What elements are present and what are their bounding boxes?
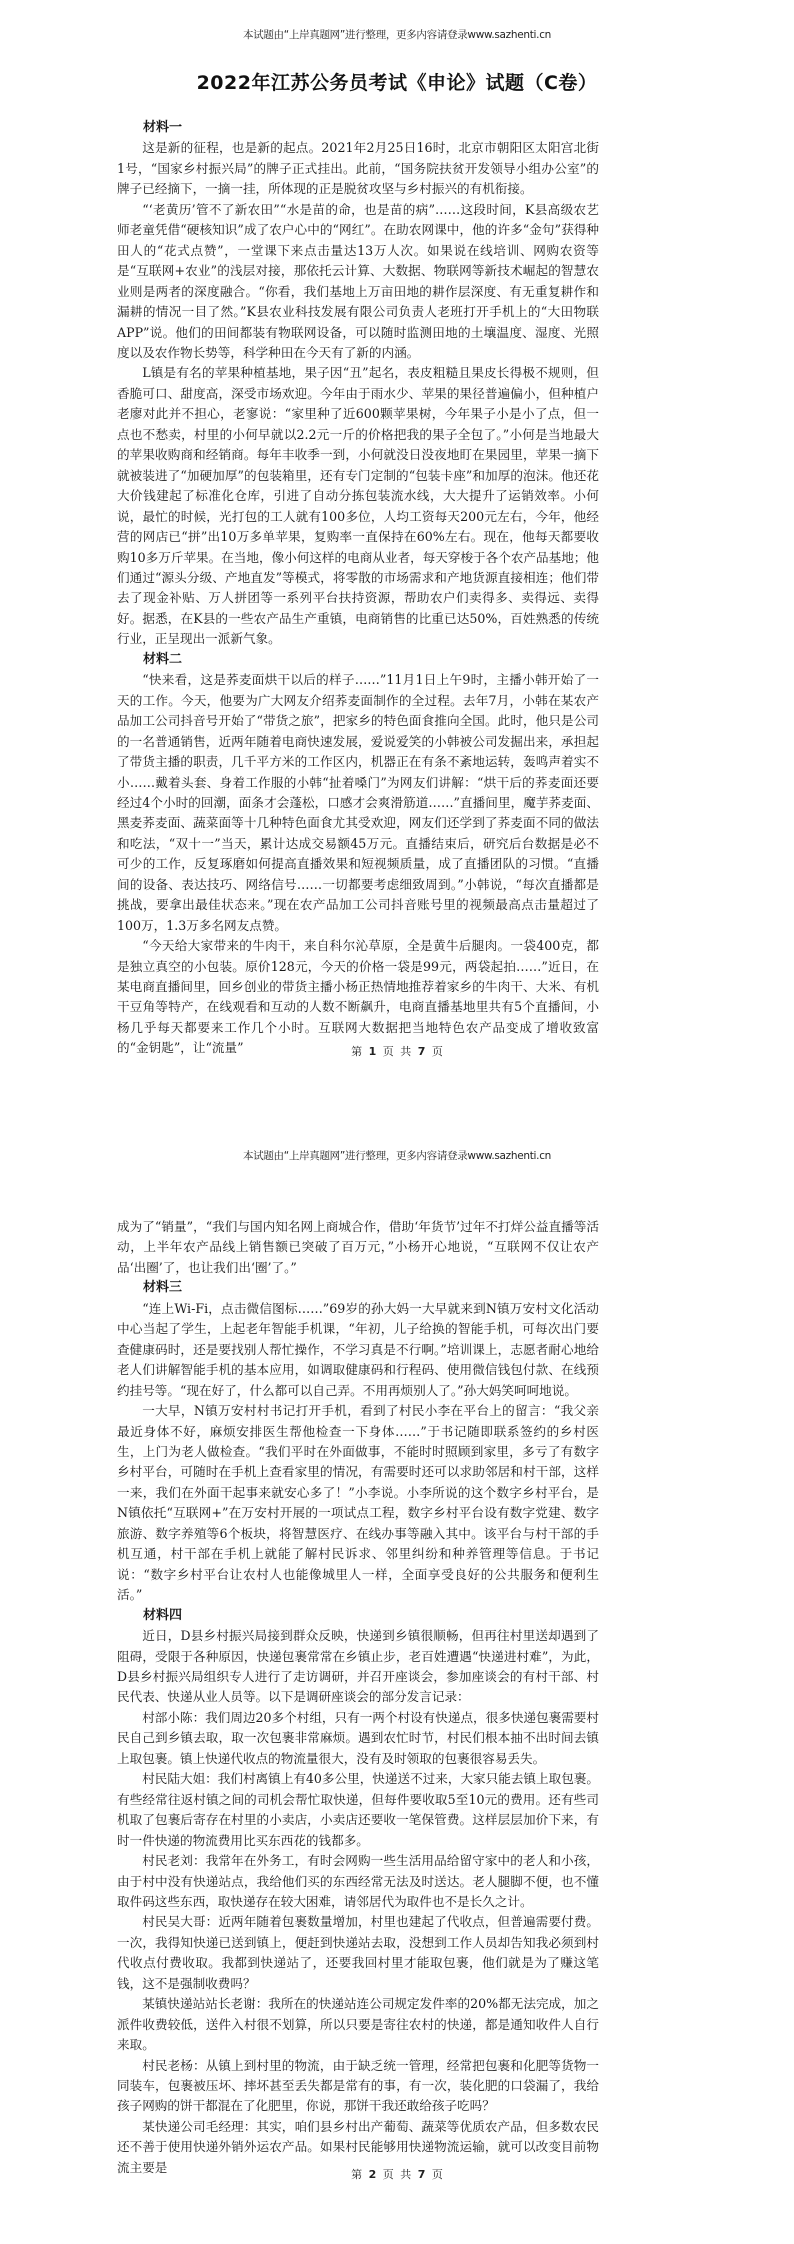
- page-footer: 第 2 页 共 7 页: [0, 2166, 794, 2182]
- paragraph: 这是新的征程，也是新的起点。2021年2月25日16时，北京市朝阳区太阳宫北街1…: [117, 138, 599, 199]
- paragraph: “连上Wi-Fi，点击微信图标……”69岁的孙大妈一大早就来到N镇万安村文化活动…: [117, 1299, 599, 1401]
- paragraph: 一大早，N镇万安村村书记打开手机，看到了村民小李在平台上的留言：“我父亲最近身体…: [117, 1401, 599, 1606]
- page-total: 7: [418, 1045, 426, 1058]
- document-page-2: 本试题由“上岸真题网”进行整理，更多内容请登录www.sazhenti.cn 成…: [0, 1122, 794, 2244]
- paragraph: 某镇快递站站长老谢：我所在的快递站连公司规定发件率的20%都无法完成，加之派件收…: [117, 1994, 599, 2055]
- page-total: 7: [418, 2168, 426, 2181]
- page-number: 1: [369, 1045, 377, 1058]
- page-body: 材料一 这是新的征程，也是新的起点。2021年2月25日16时，北京市朝阳区太阳…: [117, 118, 599, 1059]
- paragraph: “快来看，这是荞麦面烘干以后的样子……”11月1日上午9时，主播小韩开始了一天的…: [117, 670, 599, 936]
- document-page-1: 本试题由“上岸真题网”进行整理，更多内容请登录www.sazhenti.cn 2…: [0, 0, 794, 1122]
- section-heading-material-1: 材料一: [117, 118, 599, 138]
- paragraph: 近日，D县乡村振兴局接到群众反映，快递到乡镇很顺畅，但再往村里送却遇到了阻碍，受…: [117, 1626, 599, 1708]
- paragraph-continued: 成为了“销量”，“我们与国内知名网上商城合作，借助‘年货节’过年不打烊公益直播等…: [117, 1217, 599, 1278]
- paragraph: “今天给大家带来的牛肉干，来自科尔沁草原，全是黄牛后腿肉。一袋400克，都是独立…: [117, 936, 599, 1059]
- page-number: 2: [369, 2168, 377, 2181]
- section-heading-material-4: 材料四: [117, 1606, 599, 1626]
- page-header-watermark: 本试题由“上岸真题网”进行整理，更多内容请登录www.sazhenti.cn: [0, 27, 794, 42]
- section-heading-material-3: 材料三: [117, 1278, 599, 1298]
- section-heading-material-2: 材料二: [117, 650, 599, 670]
- document-title: 2022年江苏公务员考试《申论》试题（C卷）: [0, 68, 794, 95]
- page-footer: 第 1 页 共 7 页: [0, 1043, 794, 1059]
- paragraph: 村部小陈：我们周边20多个村组，只有一两个村设有快递点，很多快递包裹需要村民自己…: [117, 1708, 599, 1769]
- page-header-watermark: 本试题由“上岸真题网”进行整理，更多内容请登录www.sazhenti.cn: [0, 1148, 794, 1163]
- paragraph: 村民吴大哥：近两年随着包裹数量增加，村里也建起了代收点，但普遍需要付费。一次，我…: [117, 1912, 599, 1994]
- paragraph: L镇是有名的苹果种植基地，果子因“丑”起名，表皮粗糙且果皮长得极不规则，但香脆可…: [117, 363, 599, 649]
- paragraph: 村民老刘：我常年在外务工，有时会网购一些生活用品给留守家中的老人和小孩，由于村中…: [117, 1851, 599, 1912]
- paragraph: 村民陆大姐：我们村离镇上有40多公里，快递送不过来，大家只能去镇上取包裹。有些经…: [117, 1769, 599, 1851]
- paragraph: 村民老杨：从镇上到村里的物流，由于缺乏统一管理，经常把包裹和化肥等货物一同装车，…: [117, 2056, 599, 2117]
- paragraph: “‘老黄历’管不了新农田”“水是苗的命，也是苗的病”……这段时间，K县高级农艺师…: [117, 200, 599, 364]
- page-body: 成为了“销量”，“我们与国内知名网上商城合作，借助‘年货节’过年不打烊公益直播等…: [117, 1217, 599, 2178]
